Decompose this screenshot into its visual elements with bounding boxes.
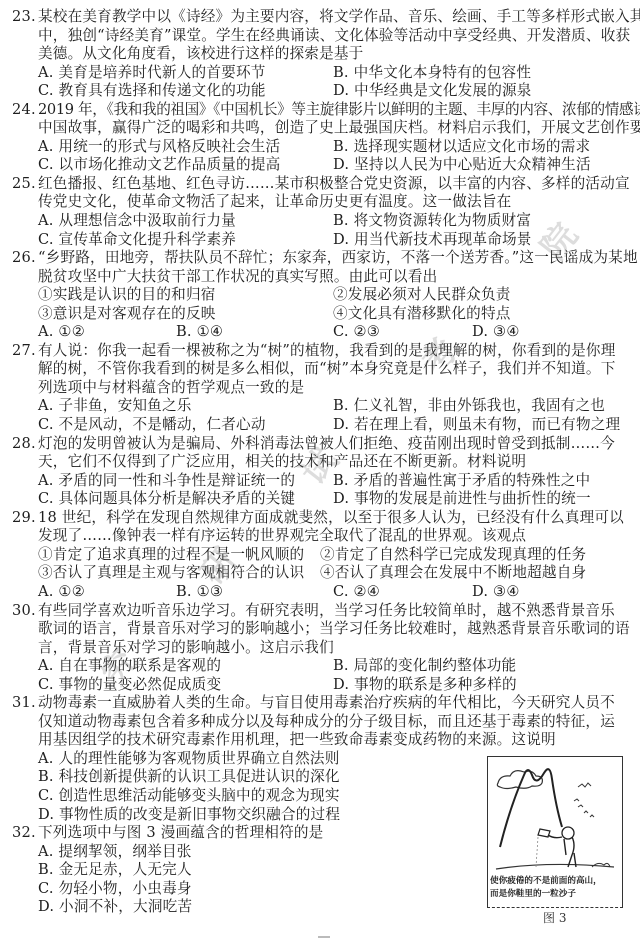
question-stem-line: 美德。从文化角度看，该校进行这样的探索是基于	[38, 45, 363, 64]
option-d: D. 事物性质的改变是新旧事物交织融合的过程	[38, 806, 340, 825]
ground-line	[496, 864, 614, 869]
question-stem-line: 某校在美育教学中以《诗经》为主要内容，将文学作品、音乐、绘画、手工等多样形式嵌入…	[38, 8, 640, 27]
option-b: B. 局部的变化制约整体功能	[333, 657, 516, 676]
question-number: 32.	[12, 824, 36, 843]
question-stem-line: 仅知道动物毒素包含着多种成分以及每种成分的分子级目标，而且还基于毒素的特征，运	[38, 713, 615, 732]
question-stem-line: 歌词的语言，背景音乐对学习的影响越小；当学习任务比较难时，越熟悉背景音乐歌词的语	[38, 620, 630, 639]
mountain-icon	[500, 769, 562, 847]
option-c: C. 事物的量变必然促成质变	[38, 676, 221, 695]
option-d: D. 若在理上看，则虽未有物，而已有物之理	[333, 416, 620, 435]
option-c: C. 不是风动，不是幡动，仁者心动	[38, 416, 266, 435]
question-stem-line: 列选项中与材料蕴含的哲学观点一致的是	[38, 379, 304, 398]
option-a: A. 用统一的形式与风格反映社会生活	[38, 138, 280, 157]
comic-illustration	[488, 757, 622, 875]
option-a: A. ①②	[38, 583, 85, 602]
comic-caption: 使你疲倦的不是前面的高山， 而是你鞋里的一粒沙子	[490, 875, 622, 901]
option-c: C. 教育具有选择和传递文化的功能	[38, 82, 266, 101]
question-stem-line: 红色播报、红色基地、红色寻访……某市积极整合党史资源，以丰富的内容、多样的活动宣	[38, 175, 630, 194]
question-stem-line: 用基因组学的技术研究毒素作用机理，把一些致命毒素变成药物的来源。这说明	[38, 731, 556, 750]
question-number: 29.	[12, 509, 36, 528]
question-number: 27.	[12, 342, 36, 361]
question-stem-line: 2019 年，《我和我的祖国》《中国机长》等主旋律影片以鲜明的主题、丰厚的内容、…	[38, 101, 640, 120]
bird-icon	[578, 783, 591, 787]
option-a: A. 子非鱼，安知鱼之乐	[38, 397, 192, 416]
question-stem-line: 灯泡的发明曾被认为是骗局、外科消毒法曾被人们拒绝、疫苗刚出现时曾受到抵制……今	[38, 435, 615, 454]
comic-caption-line: 而是你鞋里的一粒沙子	[490, 888, 622, 901]
option-a: A. 矛盾的同一性和斗争性是辩证统一的	[38, 472, 295, 491]
page-number-mark	[318, 936, 330, 941]
statement-1: ①肯定了追求真理的过程不是一帆风顺的	[38, 546, 304, 565]
option-a: A. 自在事物的联系是客观的	[38, 657, 221, 676]
option-a: A. 从理想信念中汲取前行力量	[38, 212, 236, 231]
question-stem-line: 中国故事，赢得广泛的喝彩和共鸣，创造了史上最强国庆档。材料启示我们，开展文艺创作…	[38, 119, 640, 138]
question-stem-line: 中，独创“诗经美育”课堂。学生在经典诵读、文化体验等活动中享受经典、开发潜质、收…	[38, 27, 630, 46]
question-30: 30.有些同学喜欢边听音乐边学习。有研究表明，当学习任务比较简单时，越不熟悉背景…	[0, 602, 640, 695]
option-c: C. 勿轻小物，小虫毒身	[38, 880, 192, 899]
option-b: B. ①③	[176, 583, 223, 602]
figure-label: 图 3	[543, 909, 566, 926]
question-number: 26.	[12, 249, 36, 268]
option-b: B. 金无足赤，人无完人	[38, 861, 192, 880]
option-d: D. 事物的发展是前进性与曲折性的统一	[333, 490, 591, 509]
option-c: C. ②③	[333, 323, 380, 342]
question-number: 25.	[12, 175, 36, 194]
option-c: C. ②④	[333, 583, 380, 602]
option-b: B. 科技创新提供新的认识工具促进认识的深化	[38, 768, 340, 787]
option-a: A. ①②	[38, 323, 85, 342]
question-stem-line: 发现了……像钟表一样有序运转的世界观完全取代了混乱的世界观。该观点	[38, 527, 526, 546]
option-b: B. 矛盾的普遍性寓于矛盾的特殊性之中	[333, 472, 590, 491]
statement-2: ②发展必须对人民群众负责	[333, 286, 511, 305]
statement-3: ③否认了真理是主观与客观相符合的认识	[38, 564, 304, 583]
option-a: A. 人的理性能够为客观物质世界确立自然法则	[38, 750, 340, 769]
option-d: D. ③④	[472, 323, 520, 342]
option-b: B. 选择现实题材以适应文化市场的需求	[333, 138, 590, 157]
question-stem-line: 有些同学喜欢边听音乐边学习。有研究表明，当学习任务比较简单时，越不熟悉背景音乐	[38, 602, 615, 621]
option-a: A. 提纲挈领，纲举目张	[38, 843, 192, 862]
question-24: 24.2019 年，《我和我的祖国》《中国机长》等主旋律影片以鲜明的主题、丰厚的…	[0, 101, 640, 175]
question-25: 25.红色播报、红色基地、红色寻访……某市积极整合党史资源，以丰富的内容、多样的…	[0, 175, 640, 249]
question-number: 24.	[12, 101, 36, 120]
option-b: B. 将文物资源转化为物质财富	[333, 212, 531, 231]
option-b: B. ①④	[176, 323, 223, 342]
question-29: 29.18 世纪，科学在发现自然规律方面成就斐然，以至于很多人认为，已经没有什么…	[0, 509, 640, 602]
statement-4: ④文化具有潜移默化的特点	[333, 305, 511, 324]
question-number: 30.	[12, 602, 36, 621]
question-stem-line: 有人说：你我一起看一棵被称之为“树”的植物，我看到的是我理解的树，你看到的是你理	[38, 342, 616, 361]
question-26: 26.“乡野路，田地旁，帮扶队员不辞忙；东家奔，西家访，不落一个送芳香。”这一民…	[0, 249, 640, 342]
option-d: D. 事物的联系是多种多样的	[333, 676, 517, 695]
question-stem-line: “乡野路，田地旁，帮扶队员不辞忙；东家奔，西家访，不落一个送芳香。”这一民谣成为…	[38, 249, 638, 268]
comic-figure: 使你疲倦的不是前面的高山， 而是你鞋里的一粒沙子	[487, 756, 623, 908]
option-b: B. 仁义礼智，非由外铄我也，我固有之也	[333, 397, 605, 416]
option-d: D. 小洞不补，大洞吃苦	[38, 898, 192, 917]
option-a: A. 美育是培养时代新人的首要环节	[38, 64, 266, 83]
question-stem-line: 动物毒素一直威胁着人类的生命。与盲目使用毒素治疗疾病的年代相比，今天研究人员不	[38, 694, 615, 713]
question-number: 31.	[12, 694, 36, 713]
question-stem-line: 脱贫攻坚中广大扶贫干部工作状况的真实写照。由此可以看出	[38, 268, 437, 287]
option-b: B. 中华文化本身特有的包容性	[333, 64, 531, 83]
statement-1: ①实践是认识的目的和归宿	[38, 286, 216, 305]
option-d: D. 中华经典是文化发展的源泉	[333, 82, 532, 101]
question-stem-line: 言，背景音乐对学习的影响越小。这启示我们	[38, 639, 334, 658]
option-d: D. 用当代新技术再现革命场景	[333, 231, 532, 250]
question-number: 28.	[12, 435, 36, 454]
question-number: 23.	[12, 8, 36, 27]
question-28: 28.灯泡的发明曾被认为是骗局、外科消毒法曾被人们拒绝、疫苗刚出现时曾受到抵制……	[0, 435, 640, 509]
question-stem-line: 传党史文化，使革命文物活了起来，让革命历史更有温度。这一做法旨在	[38, 193, 511, 212]
option-c: C. 宣传革命文化提升科学素养	[38, 231, 236, 250]
question-stem-line: 解的树，不管你我看到的树是多么相似，而“树”本身究竟是什么样子，我们并不知道。下	[38, 360, 616, 379]
statement-4: ④否认了真理会在发展中不断地超越自身	[320, 564, 586, 583]
question-stem-line: 18 世纪，科学在发现自然规律方面成就斐然，以至于很多人认为，已经没有什么真理可…	[38, 509, 624, 528]
sand-stream	[536, 837, 538, 867]
option-d: D. 坚持以人民为中心贴近大众精神生活	[333, 156, 591, 175]
option-c: C. 具体问题具体分析是解决矛盾的关键	[38, 490, 295, 509]
option-c: C. 创造性思维活动能够变头脑中的观念为现实	[38, 787, 340, 806]
statement-2: ②肯定了自然科学已完成发现真理的任务	[320, 546, 586, 565]
statement-3: ③意识是对客观存在的反映	[38, 305, 216, 324]
question-27: 27.有人说：你我一起看一棵被称之为“树”的植物，我看到的是我理解的树，你看到的…	[0, 342, 640, 435]
question-stem-line: 天，它们不仅得到了广泛应用，相关的技术和产品还在不断更新。材料说明	[38, 453, 526, 472]
option-c: C. 以市场化推动文艺作品质量的提高	[38, 156, 280, 175]
comic-caption-line: 使你疲倦的不是前面的高山，	[490, 875, 622, 888]
shoe-icon	[538, 829, 550, 837]
option-d: D. ③④	[472, 583, 520, 602]
question-stem-line: 下列选项中与图 3 漫画蕴含的哲理相符的是	[38, 824, 323, 843]
question-23: 23.某校在美育教学中以《诗经》为主要内容，将文学作品、音乐、绘画、手工等多样形…	[0, 8, 640, 101]
